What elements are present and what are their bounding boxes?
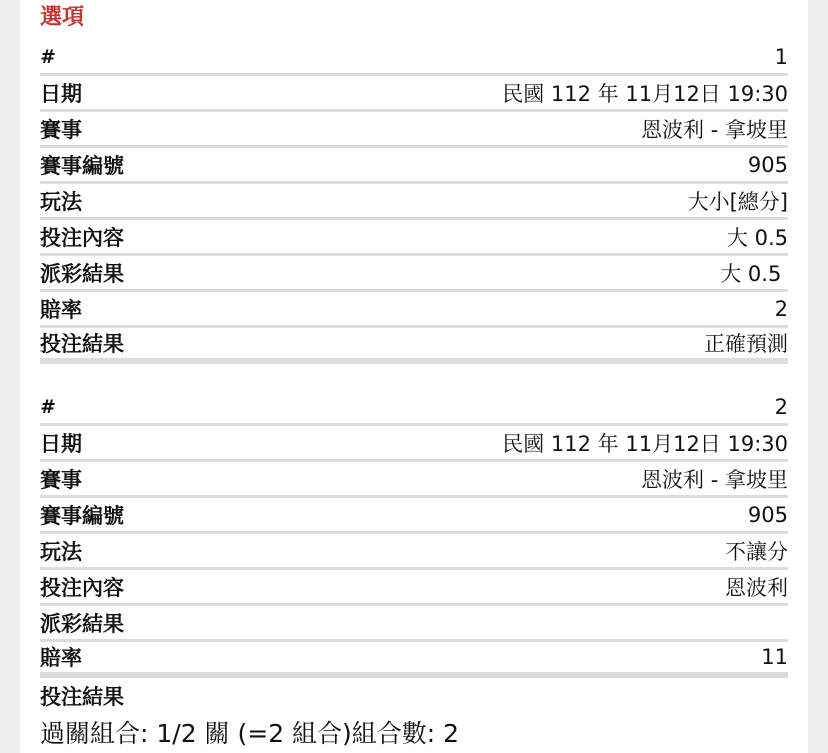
value-match: 恩波利 - 拿坡里 <box>641 114 788 144</box>
value-date: 民國 112 年 11月12日 19:30 <box>502 78 788 108</box>
row-selection: 投注內容 恩波利 <box>40 570 788 606</box>
value-selection: 恩波利 <box>725 572 788 602</box>
label-bet-result: 投注結果 <box>40 328 124 358</box>
selection-block-1: # 1 日期 民國 112 年 11月12日 19:30 賽事 恩波利 - 拿坡… <box>40 40 788 364</box>
label-index: # <box>40 396 53 418</box>
label-bet-type: 玩法 <box>40 186 82 216</box>
value-match: 恩波利 - 拿坡里 <box>641 464 788 494</box>
value-match-no: 905 <box>748 503 788 527</box>
label-match: 賽事 <box>40 114 82 144</box>
label-match: 賽事 <box>40 464 82 494</box>
row-match-no: 賽事編號 905 <box>40 148 788 184</box>
label-selection: 投注內容 <box>40 222 124 252</box>
row-date: 日期 民國 112 年 11月12日 19:30 <box>40 76 788 112</box>
label-date: 日期 <box>40 428 82 458</box>
row-bet-result: 投注結果 <box>40 678 788 714</box>
label-bet-result: 投注結果 <box>40 681 124 711</box>
value-date: 民國 112 年 11月12日 19:30 <box>502 428 788 458</box>
value-bet-type: 不讓分 <box>725 536 788 566</box>
row-index: # 2 <box>40 390 788 426</box>
value-payout-result: 大 0.5 <box>720 258 788 288</box>
label-match-no: 賽事編號 <box>40 500 124 530</box>
section-heading: 選項 <box>40 0 788 40</box>
value-index: 1 <box>775 45 788 69</box>
row-payout-result: 派彩結果 大 0.5 <box>40 256 788 292</box>
label-payout-result: 派彩結果 <box>40 608 124 638</box>
parlay-summary: 過關組合: 1/2 關 (=2 組合)組合數: 2 <box>40 714 788 753</box>
value-odds: 2 <box>775 297 788 321</box>
row-payout-result: 派彩結果 <box>40 606 788 642</box>
value-odds: 11 <box>761 645 788 669</box>
row-index: # 1 <box>40 40 788 76</box>
row-bet-type: 玩法 大小[總分] <box>40 184 788 220</box>
label-index: # <box>40 46 53 68</box>
value-bet-result: 正確預測 <box>704 328 788 358</box>
selection-block-2: # 2 日期 民國 112 年 11月12日 19:30 賽事 恩波利 - 拿坡… <box>40 390 788 714</box>
label-selection: 投注內容 <box>40 572 124 602</box>
value-bet-type: 大小[總分] <box>688 186 788 216</box>
label-odds: 賠率 <box>40 642 82 672</box>
row-selection: 投注內容 大 0.5 <box>40 220 788 256</box>
value-index: 2 <box>775 395 788 419</box>
row-odds: 賠率 2 <box>40 292 788 328</box>
label-date: 日期 <box>40 78 82 108</box>
label-match-no: 賽事編號 <box>40 150 124 180</box>
row-bet-result: 投注結果 正確預測 <box>40 328 788 364</box>
row-odds: 賠率 11 <box>40 642 788 678</box>
row-match-no: 賽事編號 905 <box>40 498 788 534</box>
label-odds: 賠率 <box>40 294 82 324</box>
selections-panel: 選項 # 1 日期 民國 112 年 11月12日 19:30 賽事 恩波利 -… <box>20 0 808 753</box>
row-date: 日期 民國 112 年 11月12日 19:30 <box>40 426 788 462</box>
row-match: 賽事 恩波利 - 拿坡里 <box>40 462 788 498</box>
row-bet-type: 玩法 不讓分 <box>40 534 788 570</box>
selections-content: 選項 # 1 日期 民國 112 年 11月12日 19:30 賽事 恩波利 -… <box>40 0 788 753</box>
value-match-no: 905 <box>748 153 788 177</box>
row-match: 賽事 恩波利 - 拿坡里 <box>40 112 788 148</box>
block-gap <box>40 364 788 390</box>
label-payout-result: 派彩結果 <box>40 258 124 288</box>
label-bet-type: 玩法 <box>40 536 82 566</box>
value-selection: 大 0.5 <box>727 222 788 252</box>
